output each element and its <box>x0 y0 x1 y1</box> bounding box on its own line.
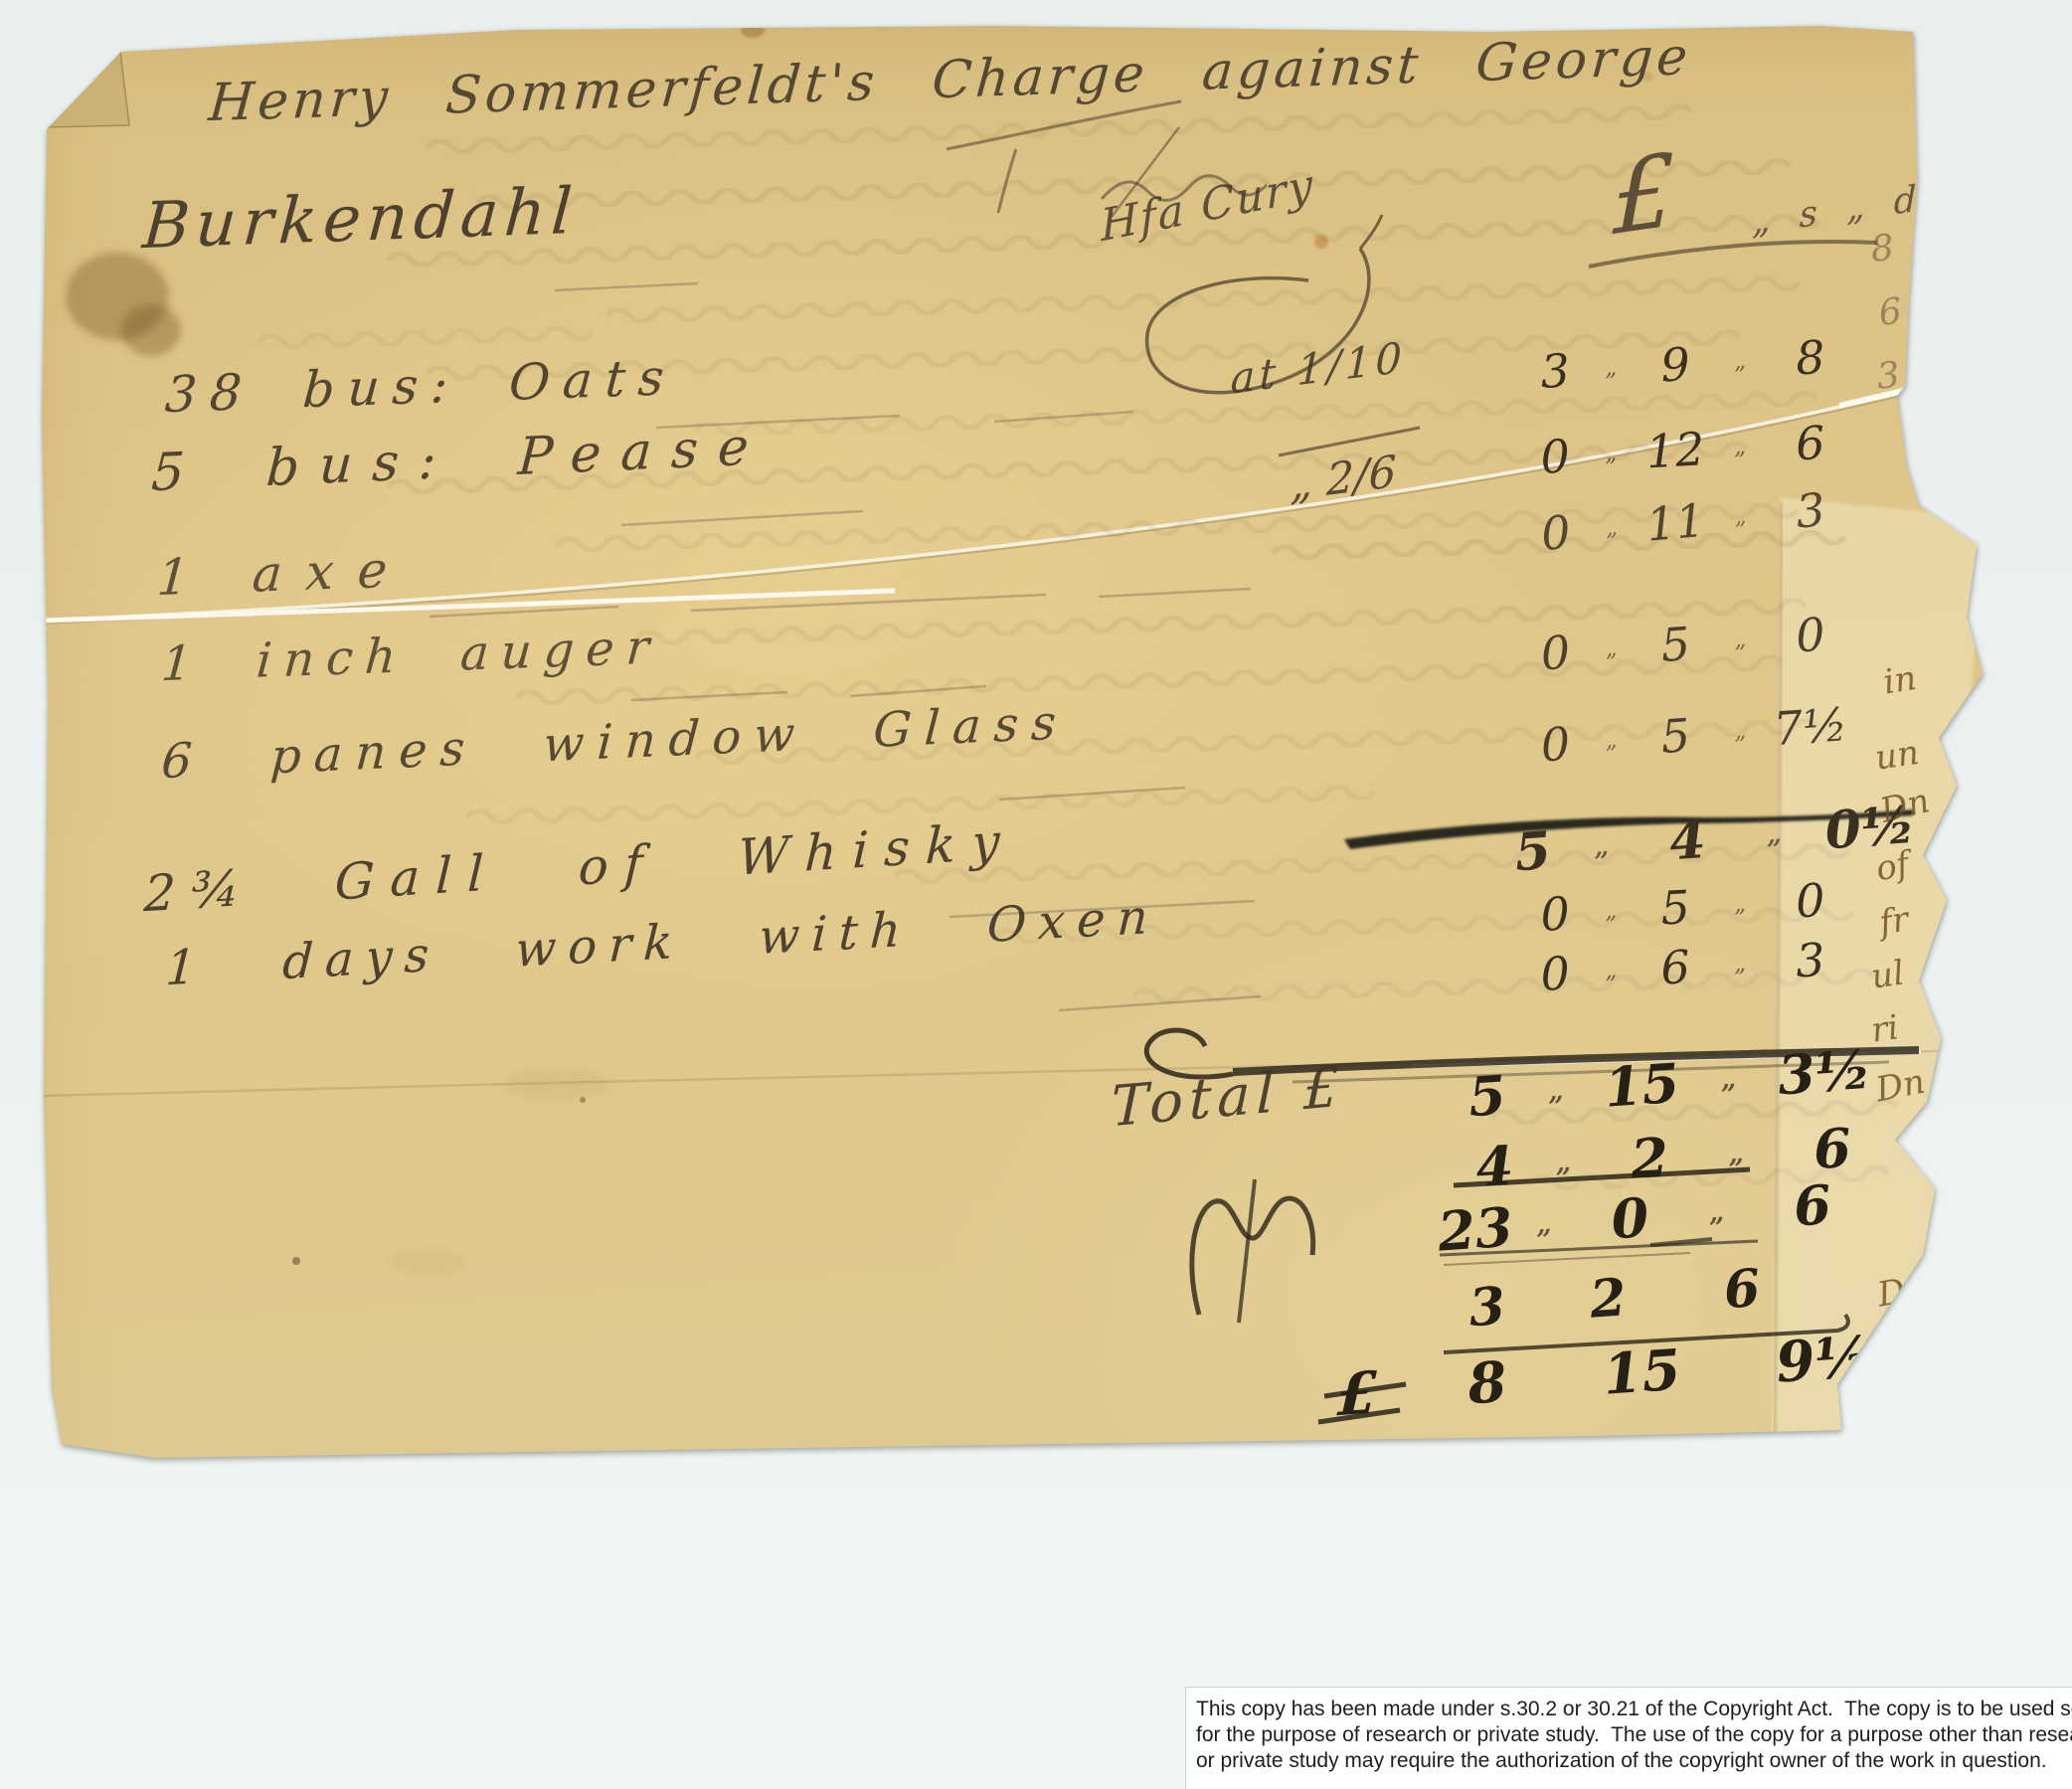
copyright-line-2: for the purpose of research or private s… <box>1196 1722 2072 1748</box>
calc-row-3: 3„2„6 <box>1444 1260 1799 1337</box>
edge-fragment: in <box>1881 661 1919 700</box>
amount-oxen: 0„6„3 <box>1519 935 1861 998</box>
rate-oats: at 1/10 <box>1230 336 1406 400</box>
total-amount: 5„15„3½ <box>1444 1040 1896 1125</box>
edge-fragment: fr <box>1877 902 1911 940</box>
edge-fragment: un <box>1873 736 1921 776</box>
subtotal-amount: 5„4„0½ <box>1489 798 1942 880</box>
total-label: Total £ <box>1111 1059 1345 1136</box>
edge-fragment: Dn <box>1875 1270 1929 1312</box>
copyright-line-3: or private study may require the authori… <box>1196 1748 2072 1774</box>
amount-window-glass: 0„5„7½ <box>1519 700 1861 770</box>
edge-fragment: ri <box>1869 1010 1901 1047</box>
debtor-name: Burkendahl <box>141 180 581 259</box>
edge-fragment: ul <box>1869 956 1906 993</box>
edge-fragment: Dn <box>1873 1065 1928 1108</box>
bottom-pound-sign: £ <box>1336 1363 1378 1424</box>
copyright-line-1: This copy has been made under s.30.2 or … <box>1196 1697 2072 1722</box>
item-label-auger: 1 inch auger <box>160 623 663 688</box>
item-label-window-glass: 6 panes window Glass <box>160 698 1070 786</box>
currency-note: Hfa Cury <box>1100 163 1315 249</box>
edge-fragment: 8 <box>1869 231 1896 268</box>
scan-background: Henry Sommerfeldt's Charge against Georg… <box>0 0 2072 1789</box>
amount-oats: 3„9„8 <box>1519 332 1861 396</box>
amount-auger: 0„5„0 <box>1519 609 1861 678</box>
edge-fragment: 3 <box>1875 358 1902 396</box>
amount-axe: 0„11„3 <box>1519 483 1862 559</box>
edge-fragment: of <box>1873 847 1912 887</box>
item-label-oats: 38 bus: Oats <box>163 352 678 420</box>
amount-pease: 0„12„6 <box>1519 418 1861 481</box>
edge-fragment: Dn <box>1877 784 1933 828</box>
paper-sheet: Henry Sommerfeldt's Charge against Georg… <box>0 0 2072 1789</box>
document-paper: Henry Sommerfeldt's Charge against Georg… <box>0 0 2072 1789</box>
pounds-column-header: £ <box>1613 140 1675 250</box>
item-label-pease: 5 bus: Pease <box>150 421 771 499</box>
rate-pease: „ 2/6 <box>1290 450 1397 508</box>
document-title: Henry Sommerfeldt's Charge against Georg… <box>207 31 1693 129</box>
edge-fragment: 6 <box>1877 294 1904 332</box>
copyright-notice: This copy has been made under s.30.2 or … <box>1185 1687 2072 1789</box>
calc-row-4: 8„15„9½ <box>1444 1327 1896 1413</box>
item-label-axe: 1 axe <box>155 544 413 603</box>
amount-whisky: 0„5„0 <box>1519 875 1861 939</box>
